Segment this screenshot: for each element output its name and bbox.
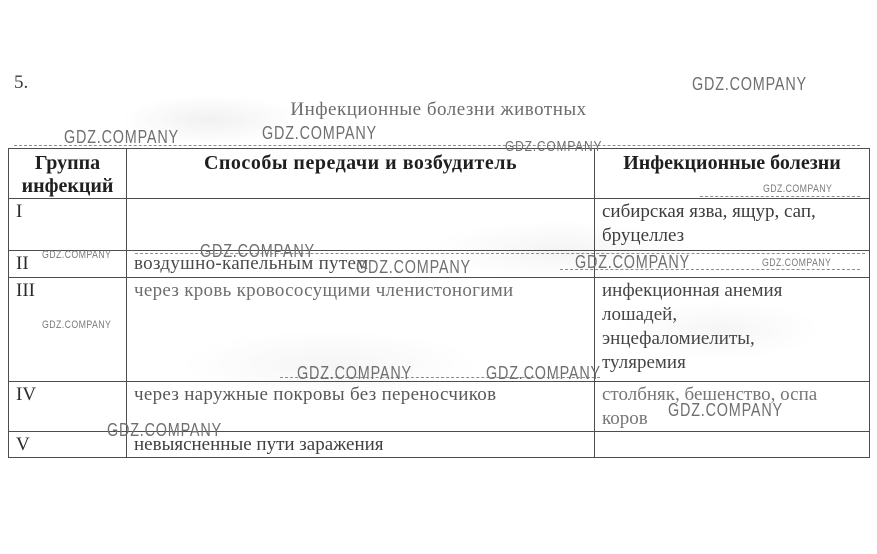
col-header-transmission: Способы передачи и возбудитель bbox=[127, 149, 595, 199]
table-row-group-1: I сибирская язва, ящур, сап, бруцеллез bbox=[9, 199, 870, 251]
transmission-cell bbox=[127, 199, 595, 251]
diseases-cell: инфекционная анемия лошадей, энцефаломие… bbox=[595, 278, 870, 382]
exercise-number: 5. bbox=[14, 72, 28, 94]
group-cell: V bbox=[9, 432, 127, 458]
transmission-cell: воздушно-капельным путем bbox=[127, 251, 595, 278]
table-row-group-3: III через кровь кровососущими членистоно… bbox=[9, 278, 870, 382]
col-header-infection-group: Группа инфекций bbox=[9, 149, 127, 199]
group-cell: III bbox=[9, 278, 127, 382]
document-title: Инфекционные болезни животных bbox=[0, 99, 877, 121]
transmission-cell: через наружные покровы без переносчиков bbox=[127, 382, 595, 432]
infections-table: Группа инфекций Способы передачи и возбу… bbox=[8, 148, 870, 458]
diseases-cell bbox=[595, 251, 870, 278]
gdz-watermark: GDZ.COMPANY bbox=[64, 127, 179, 148]
group-cell: I bbox=[9, 199, 127, 251]
diseases-cell bbox=[595, 432, 870, 458]
gdz-watermark: GDZ.COMPANY bbox=[692, 74, 807, 95]
table-row-group-4: IV через наружные покровы без переносчик… bbox=[9, 382, 870, 432]
table-row-group-5: V невыясненные пути заражения bbox=[9, 432, 870, 458]
transmission-cell: невыясненные пути заражения bbox=[127, 432, 595, 458]
group-cell: II bbox=[9, 251, 127, 278]
gdz-watermark: GDZ.COMPANY bbox=[262, 123, 377, 144]
diseases-cell: столбняк, бешенство, оспа коров bbox=[595, 382, 870, 432]
group-cell: IV bbox=[9, 382, 127, 432]
col-header-diseases: Инфекционные болезни bbox=[595, 149, 870, 199]
scanned-document-page: 5. Инфекционные болезни животных Группа … bbox=[0, 0, 877, 554]
table-row-group-2: II воздушно-капельным путем bbox=[9, 251, 870, 278]
table-header-row: Группа инфекций Способы передачи и возбу… bbox=[9, 149, 870, 199]
scan-artifact-dashes bbox=[14, 145, 860, 146]
transmission-cell: через кровь кровососущими членистоногими bbox=[127, 278, 595, 382]
diseases-cell: сибирская язва, ящур, сап, бруцеллез bbox=[595, 199, 870, 251]
